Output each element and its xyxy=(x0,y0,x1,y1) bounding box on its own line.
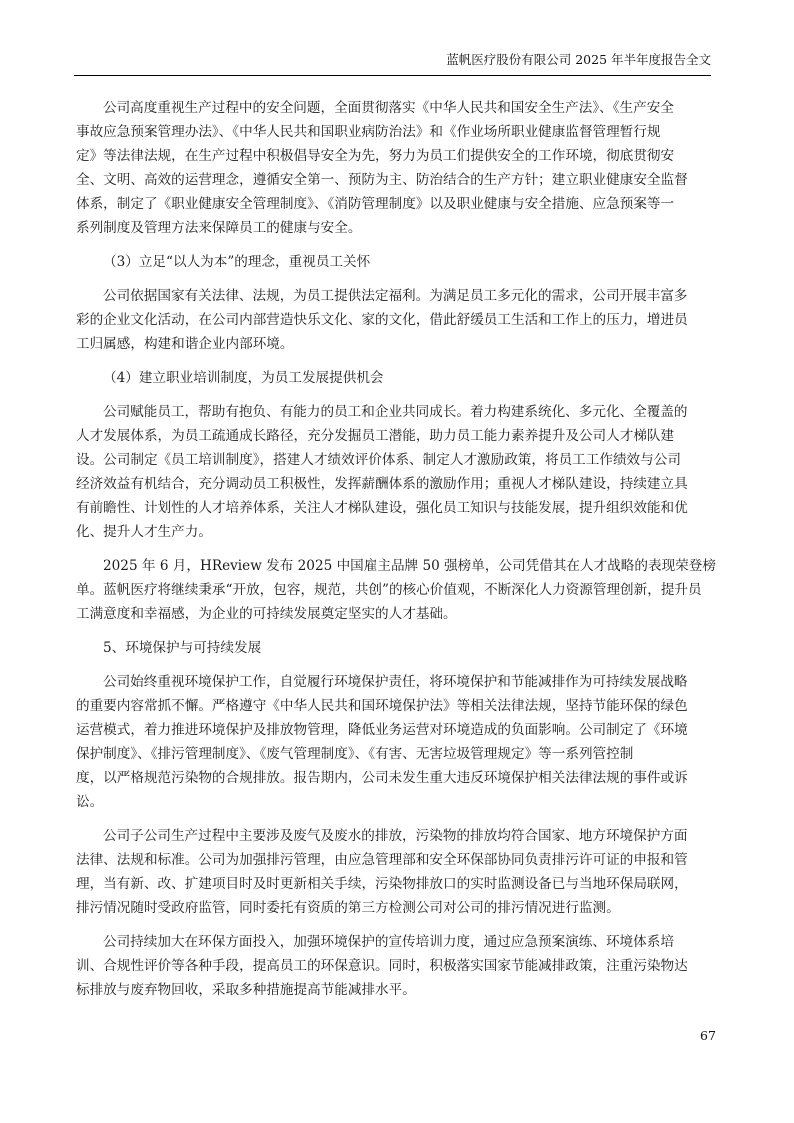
text-line: 体系，制定了《职业健康安全管理制度》、《消防管理制度》以及职业健康与安全措施、应… xyxy=(76,192,716,216)
text-line: 公司始终重视环境保护工作，自觉履行环境保护责任，将环境保护和节能减排作为可持续发… xyxy=(76,670,716,694)
text-line: 讼。 xyxy=(76,790,716,814)
running-header: 蓝帆医疗股份有限公司 2025 年半年度报告全文 xyxy=(74,50,711,68)
paragraph-emissions: 公司子公司生产过程中主要涉及废气及废水的排放，污染物的排放均符合国家、地方环境保… xyxy=(76,824,716,920)
text-line: 彩的企业文化活动，在公司内部营造快乐文化、家的文化，借此舒缓员工生活和工作上的压… xyxy=(76,308,716,332)
text-line: 公司赋能员工，帮助有抱负、有能力的员工和企业共同成长。着力构建系统化、多元化、全… xyxy=(76,400,716,424)
text-line: 标排放与废弃物回收，采取多种措施提高节能减排水平。 xyxy=(76,978,716,1002)
text-line: 全、文明、高效的运营理念，遵循安全第一、预防为主、防治结合的生产方针；建立职业健… xyxy=(76,168,716,192)
text-line: 工归属感，构建和谐企业内部环境。 xyxy=(76,332,716,356)
text-line: 设。公司制定《员工培训制度》，搭建人才绩效评价体系、制定人才激励政策，将员工工作… xyxy=(76,448,716,472)
text-line: 运营模式，着力推进环境保护及排放物管理，降低业务运营对环境造成的负面影响。公司制… xyxy=(76,718,716,742)
paragraph-employer-brand: 2025 年 6 月，HReview 发布 2025 中国雇主品牌 50 强榜单… xyxy=(76,554,716,626)
text-line: 公司持续加大在环保方面投入，加强环境保护的宣传培训力度，通过应急预案演练、环境体… xyxy=(76,930,716,954)
text-line: 化、提升人才生产力。 xyxy=(76,520,716,544)
page-number: 67 xyxy=(700,1028,716,1043)
paragraph-environment-policy: 公司始终重视环境保护工作，自觉履行环境保护责任，将环境保护和节能减排作为可持续发… xyxy=(76,670,716,814)
text-line: 人才发展体系，为员工疏通成长路径，充分发掘员工潜能，助力员工能力素养提升及公司人… xyxy=(76,424,716,448)
text-line: 单。蓝帆医疗将继续秉承“开放，包容，规范，共创”的核心价值观，不断深化人力资源管… xyxy=(76,578,716,602)
text-line: 公司子公司生产过程中主要涉及废气及废水的排放，污染物的排放均符合国家、地方环境保… xyxy=(76,824,716,848)
paragraph-safety: 公司高度重视生产过程中的安全问题，全面贯彻落实《中华人民共和国安全生产法》、《生… xyxy=(76,96,716,240)
text-line: 经济效益有机结合，充分调动员工积极性，发挥薪酬体系的激励作用；重视人才梯队建设，… xyxy=(76,472,716,496)
text-line: 公司依据国家有关法律、法规，为员工提供法定福利。为满足员工多元化的需求，公司开展… xyxy=(76,284,716,308)
text-line: 2025 年 6 月，HReview 发布 2025 中国雇主品牌 50 强榜单… xyxy=(76,554,716,578)
paragraph-welfare: 公司依据国家有关法律、法规，为员工提供法定福利。为满足员工多元化的需求，公司开展… xyxy=(76,284,716,356)
text-line: 有前瞻性、计划性的人才培养体系，关注人才梯队建设，强化员工知识与技能发展，提升组… xyxy=(76,496,716,520)
text-line: 法律、法规和标准。公司为加强排污管理，由应急管理部和安全环保部协同负责排污许可证… xyxy=(76,848,716,872)
text-line: 度，以严格规范污染物的合规排放。报告期内，公司未发生重大违反环境保护相关法律法规… xyxy=(76,766,716,790)
section-heading-environment: 5、环境保护与可持续发展 xyxy=(76,636,716,660)
text-line: 训、合规性评价等各种手段，提高员工的环保意识。同时，积极落实国家节能减排政策，注… xyxy=(76,954,716,978)
text-line: 工满意度和幸福感，为企业的可持续发展奠定坚实的人才基础。 xyxy=(76,602,716,626)
text-line: 排污情况随时受政府监管，同时委托有资质的第三方检测公司对公司的排污情况进行监测。 xyxy=(76,896,716,920)
text-line: 事故应急预案管理办法》、《中华人民共和国职业病防治法》和《作业场所职业健康监督管… xyxy=(76,120,716,144)
paragraph-environmental-investment: 公司持续加大在环保方面投入，加强环境保护的宣传培训力度，通过应急预案演练、环境体… xyxy=(76,930,716,1002)
text-line: 的重要内容常抓不懈。严格遵守《中华人民共和国环境保护法》等相关法律法规，坚持节能… xyxy=(76,694,716,718)
section-heading-employee-care: （3）立足“以人为本”的理念，重视员工关怀 xyxy=(76,250,716,274)
text-line: 定》等法律法规，在生产过程中积极倡导安全为先，努力为员工们提供安全的工作环境，彻… xyxy=(76,144,716,168)
text-line: 保护制度》、《排污管理制度》、《废气管理制度》、《有害、无害垃圾管理规定》等一系… xyxy=(76,742,716,766)
paragraph-training: 公司赋能员工，帮助有抱负、有能力的员工和企业共同成长。着力构建系统化、多元化、全… xyxy=(76,400,716,544)
section-heading-training: （4）建立职业培训制度，为员工发展提供机会 xyxy=(76,366,716,390)
header-divider xyxy=(74,75,711,76)
text-line: 系列制度及管理方法来保障员工的健康与安全。 xyxy=(76,216,716,240)
text-line: 理，当有新、改、扩建项目时及时更新相关手续，污染物排放口的实时监测设备已与当地环… xyxy=(76,872,716,896)
text-line: 公司高度重视生产过程中的安全问题，全面贯彻落实《中华人民共和国安全生产法》、《生… xyxy=(76,96,716,120)
page-body: 公司高度重视生产过程中的安全问题，全面贯彻落实《中华人民共和国安全生产法》、《生… xyxy=(76,96,716,1012)
